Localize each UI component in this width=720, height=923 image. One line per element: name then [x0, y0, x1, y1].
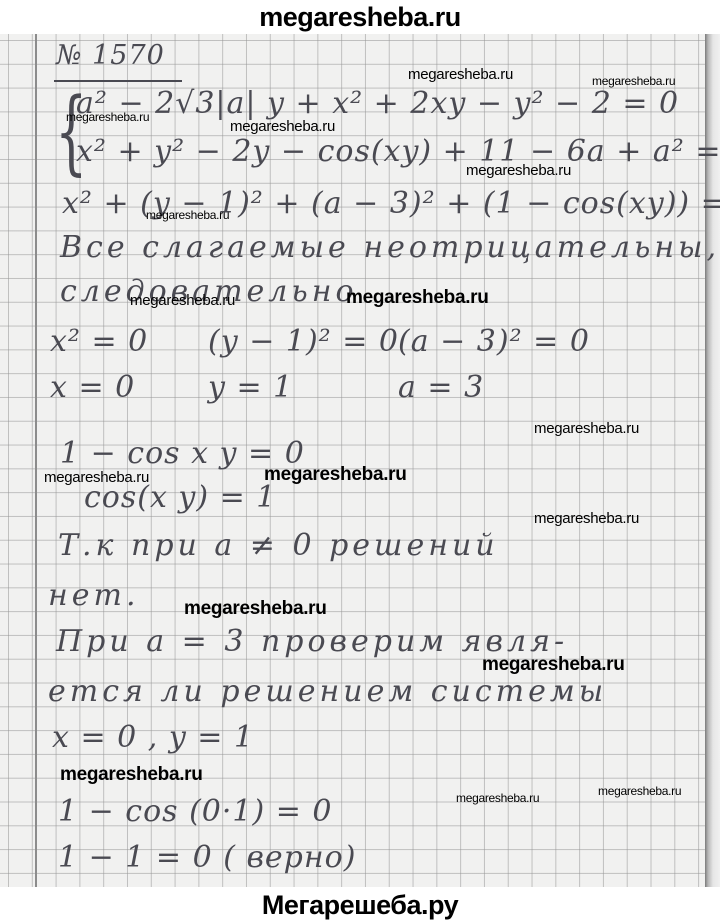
watermark: megaresheba.ru	[598, 784, 681, 798]
text-all-nonnegative: Все слагаемые неотрицательны,	[60, 230, 720, 265]
system-equation-2: x² + y² − 2y − cos(xy) + 11 − 6a + a² = …	[76, 134, 720, 169]
text-check-line-2: ется ли решением системы	[48, 674, 607, 709]
problem-number: № 1570	[56, 40, 165, 71]
result-a: a = 3	[398, 370, 484, 405]
watermark: megaresheba.ru	[408, 66, 513, 83]
watermark: megaresheba.ru	[482, 654, 625, 676]
check-values: x = 0 , y = 1	[52, 720, 254, 755]
watermark: megaresheba.ru	[184, 598, 327, 620]
watermark: megaresheba.ru	[44, 469, 149, 486]
check-substitution: 1 − cos (0·1) = 0	[58, 794, 333, 829]
watermark: megaresheba.ru	[230, 118, 335, 135]
check-result: 1 − 1 = 0 ( верно)	[58, 840, 356, 875]
system-equation-1: a² − 2√3|a| y + x² + 2xy − y² − 2 = 0	[76, 86, 679, 121]
watermark: megaresheba.ru	[60, 764, 203, 786]
watermark: megaresheba.ru	[534, 420, 639, 437]
site-footer: Мегарешеба.ру	[0, 887, 720, 923]
watermark: megaresheba.ru	[466, 162, 571, 179]
text-no-solutions-line-1: Т.к при a ≠ 0 решений	[58, 528, 499, 563]
condition-a: (a − 3)² = 0	[398, 324, 590, 359]
watermark: megaresheba.ru	[264, 464, 407, 486]
watermark: megaresheba.ru	[456, 791, 539, 805]
watermark: megaresheba.ru	[146, 208, 229, 222]
condition-x: x² = 0	[50, 324, 148, 359]
watermark: megaresheba.ru	[534, 510, 639, 527]
notebook-page: № 1570 { a² − 2√3|a| y + x² + 2xy − y² −…	[0, 34, 720, 887]
text-no-solutions-line-2: нет.	[48, 578, 140, 613]
result-x: x = 0	[50, 370, 135, 405]
result-y: y = 1	[208, 370, 293, 405]
watermark: megaresheba.ru	[592, 74, 675, 88]
watermark: megaresheba.ru	[346, 287, 489, 309]
site-header: megaresheba.ru	[0, 0, 720, 34]
watermark: megaresheba.ru	[66, 110, 149, 124]
condition-y: (y − 1)² = 0	[208, 324, 399, 359]
margin-line	[35, 34, 37, 887]
watermark: megaresheba.ru	[130, 292, 235, 309]
